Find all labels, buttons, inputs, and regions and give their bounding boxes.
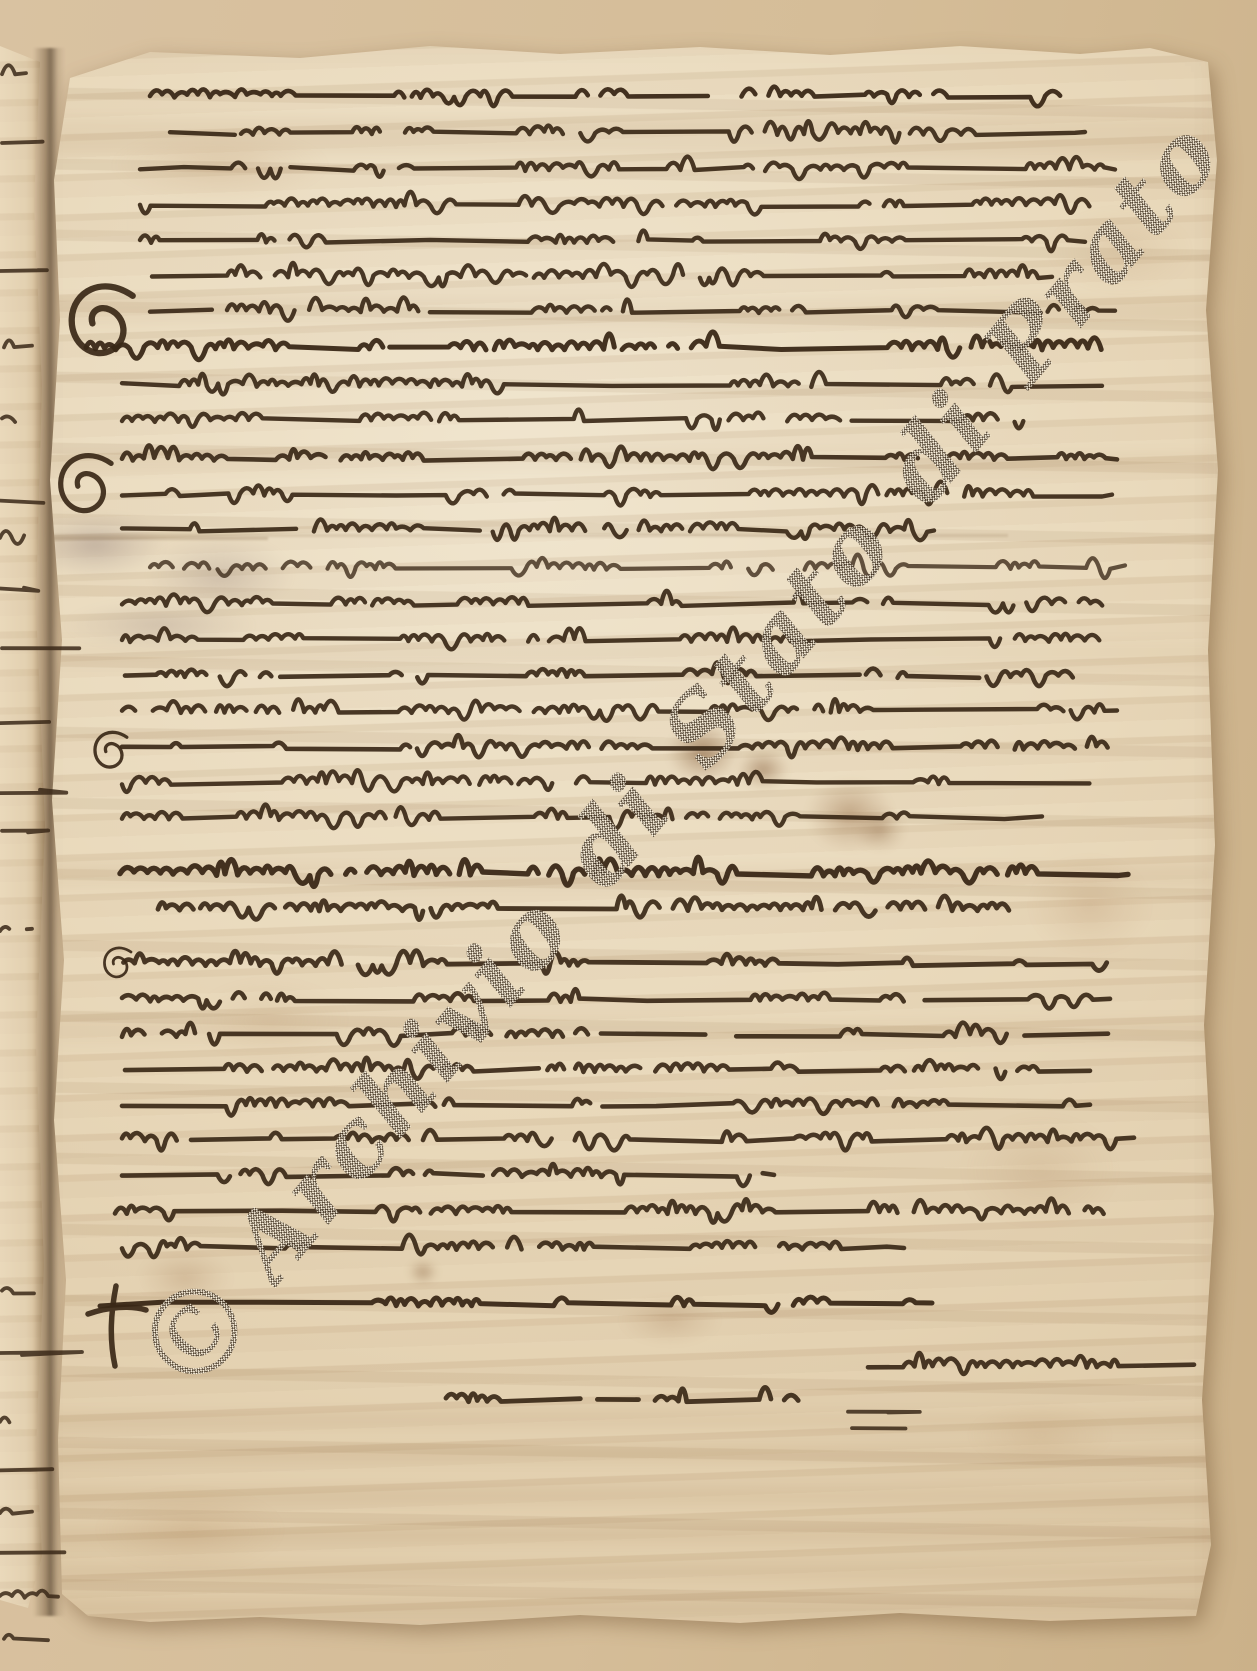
paragraph-flourish [56, 452, 119, 534]
margin-fragment [2, 48, 36, 96]
paragraph-flourish [66, 282, 142, 381]
margin-fragment [852, 1402, 892, 1450]
margin-fragment [0, 246, 48, 294]
margin-fragment [0, 510, 52, 558]
margin-fragments-layer [0, 0, 1257, 1671]
margin-fragment [0, 1328, 32, 1376]
margin-fragment [2, 116, 38, 164]
margin-fragment [2, 1266, 54, 1314]
paragraph-flourish [102, 946, 135, 989]
margin-fragment [4, 320, 42, 368]
margin-fragment [2, 621, 46, 669]
margin-fragment [0, 1570, 68, 1618]
paragraph-flourish [84, 1284, 150, 1370]
margin-fragment [4, 1613, 68, 1661]
margin-fragment [0, 1443, 40, 1491]
margin-fragment [0, 1526, 50, 1574]
margin-fragment [0, 563, 34, 611]
margin-fragment [0, 1396, 38, 1444]
manuscript-scan: © Archivio di Stato di Prato [0, 0, 1257, 1671]
margin-fragment [0, 696, 38, 744]
margin-fragment [2, 394, 44, 442]
margin-fragment [2, 806, 38, 854]
margin-fragment [0, 904, 42, 952]
paragraph-flourish [92, 730, 132, 782]
